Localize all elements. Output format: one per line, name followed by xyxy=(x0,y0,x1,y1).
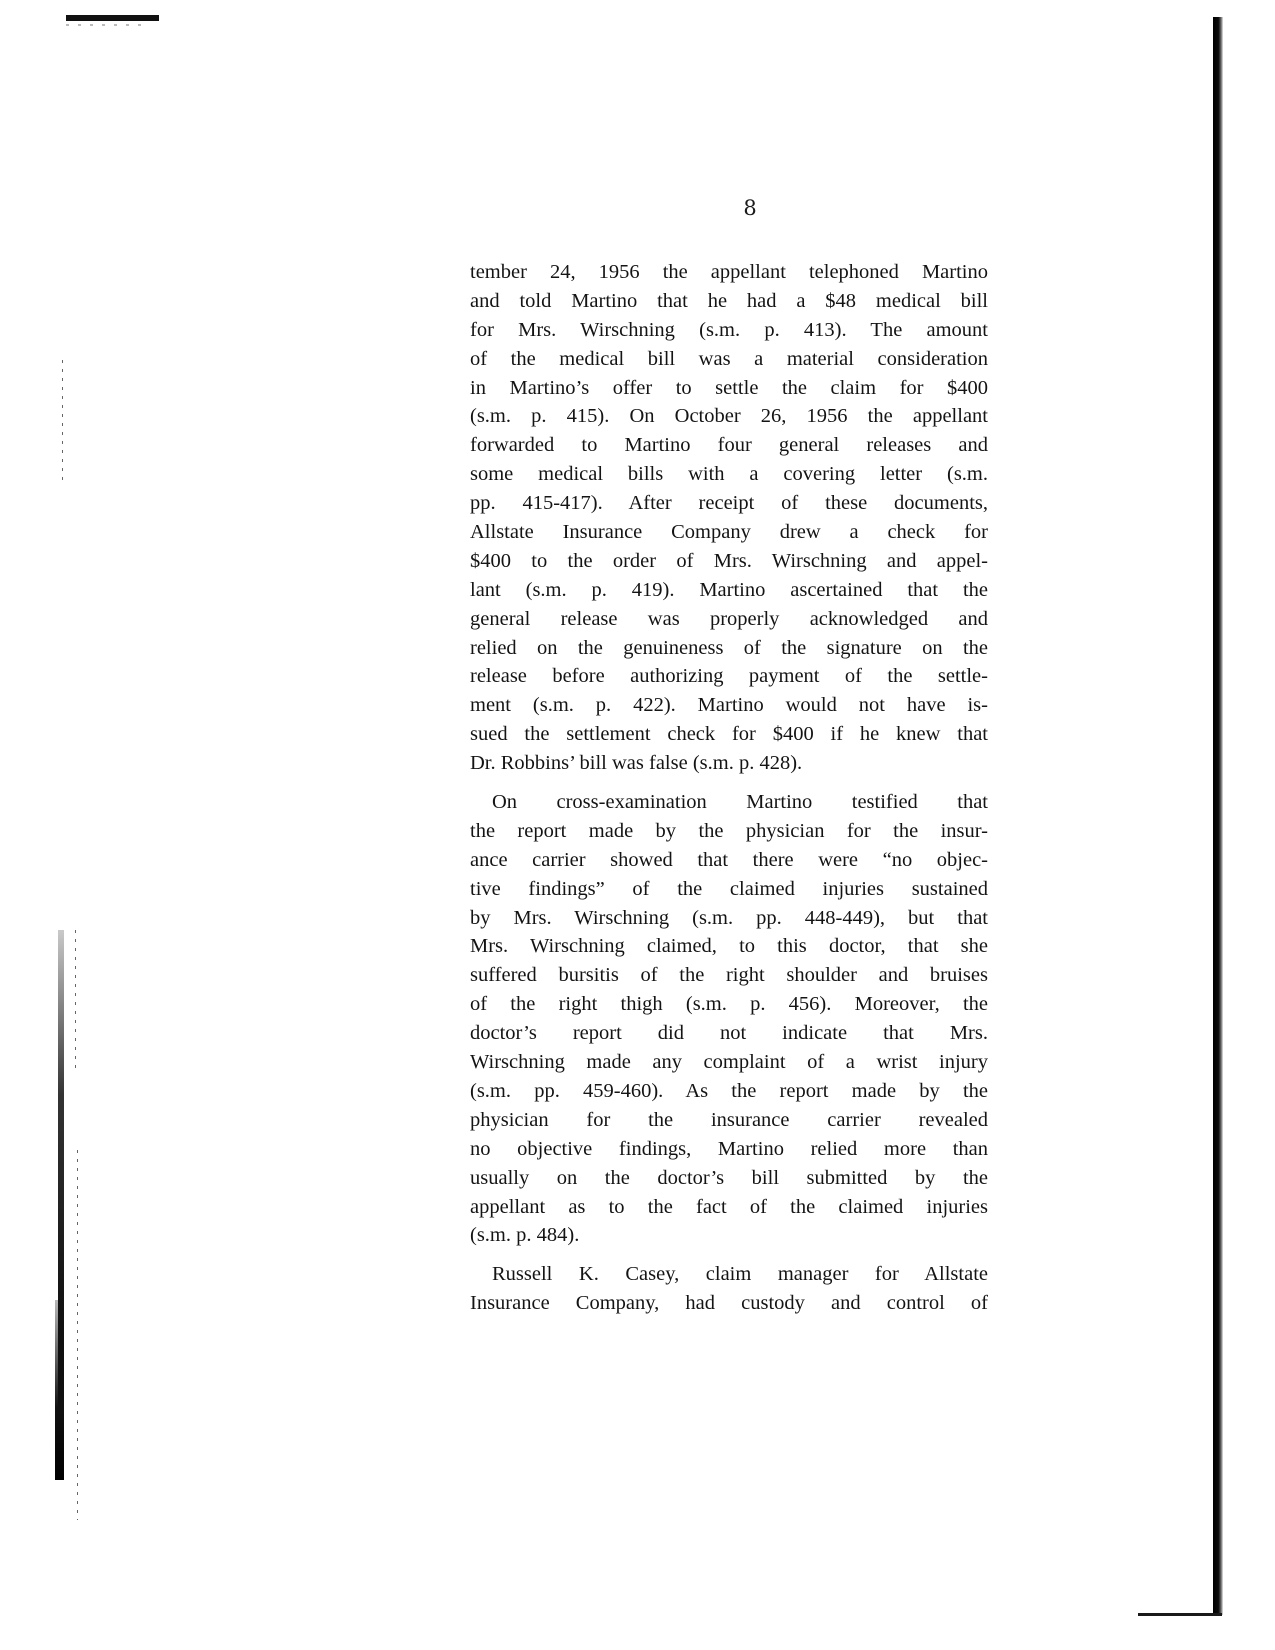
text-line: relied on the genuineness of the signatu… xyxy=(470,634,988,663)
text-line: lant (s.m. p. 419). Martino ascertained … xyxy=(470,576,988,605)
text-line: $400 to the order of Mrs. Wirschning and… xyxy=(470,547,988,576)
document-page: 8 tember 24, 1956 the appellant telephon… xyxy=(0,0,1275,1650)
scan-artifact-ticks xyxy=(77,1150,78,1520)
text-line: Allstate Insurance Company drew a check … xyxy=(470,518,988,547)
text-line: (s.m. p. 484). xyxy=(470,1221,988,1250)
text-line: sued the settlement check for $400 if he… xyxy=(470,720,988,749)
scan-artifact-top-bar xyxy=(66,15,159,21)
paragraph: tember 24, 1956 the appellant telephoned… xyxy=(470,258,988,778)
text-line: of the right thigh (s.m. p. 456). Moreov… xyxy=(470,990,988,1019)
text-line: release before authorizing payment of th… xyxy=(470,662,988,691)
text-line: suffered bursitis of the right shoulder … xyxy=(470,961,988,990)
scan-artifact-right-edge xyxy=(1213,17,1223,1615)
text-line: usually on the doctor’s bill submitted b… xyxy=(470,1164,988,1193)
scan-artifact-top-dots xyxy=(66,24,146,26)
text-line: (s.m. pp. 459-460). As the report made b… xyxy=(470,1077,988,1106)
text-line: Dr. Robbins’ bill was false (s.m. p. 428… xyxy=(470,749,988,778)
text-line: physician for the insurance carrier reve… xyxy=(470,1106,988,1135)
text-line: (s.m. p. 415). On October 26, 1956 the a… xyxy=(470,402,988,431)
text-line: forwarded to Martino four general releas… xyxy=(470,431,988,460)
text-line: ment (s.m. p. 422). Martino would not ha… xyxy=(470,691,988,720)
text-line: by Mrs. Wirschning (s.m. pp. 448-449), b… xyxy=(470,904,988,933)
text-line: On cross-examination Martino testified t… xyxy=(470,788,988,817)
text-line: and told Martino that he had a $48 medic… xyxy=(470,287,988,316)
text-line: Russell K. Casey, claim manager for Alls… xyxy=(470,1260,988,1289)
text-line: pp. 415-417). After receipt of these doc… xyxy=(470,489,988,518)
text-line: in Martino’s offer to settle the claim f… xyxy=(470,374,988,403)
text-line: tive findings” of the claimed injuries s… xyxy=(470,875,988,904)
text-line: tember 24, 1956 the appellant telephoned… xyxy=(470,258,988,287)
scan-artifact-left-edge-dark xyxy=(55,1300,64,1480)
text-line: appellant as to the fact of the claimed … xyxy=(470,1193,988,1222)
scan-artifact-ticks xyxy=(62,360,63,480)
text-line: for Mrs. Wirschning (s.m. p. 413). The a… xyxy=(470,316,988,345)
paragraph: Russell K. Casey, claim manager for Alls… xyxy=(470,1260,988,1318)
text-line: no objective findings, Martino relied mo… xyxy=(470,1135,988,1164)
text-line: the report made by the physician for the… xyxy=(470,817,988,846)
text-line: Mrs. Wirschning claimed, to this doctor,… xyxy=(470,932,988,961)
scan-artifact-right-edge-foot xyxy=(1138,1613,1222,1616)
text-line: ance carrier showed that there were “no … xyxy=(470,846,988,875)
page-number: 8 xyxy=(700,196,800,220)
scan-artifact-ticks xyxy=(75,930,76,1070)
text-line: general release was properly acknowledge… xyxy=(470,605,988,634)
paragraph: On cross-examination Martino testified t… xyxy=(470,788,988,1250)
body-text: tember 24, 1956 the appellant telephoned… xyxy=(470,258,988,1328)
text-line: of the medical bill was a material consi… xyxy=(470,345,988,374)
text-line: some medical bills with a covering lette… xyxy=(470,460,988,489)
text-line: Insurance Company, had custody and contr… xyxy=(470,1289,988,1318)
text-line: doctor’s report did not indicate that Mr… xyxy=(470,1019,988,1048)
text-line: Wirschning made any complaint of a wrist… xyxy=(470,1048,988,1077)
